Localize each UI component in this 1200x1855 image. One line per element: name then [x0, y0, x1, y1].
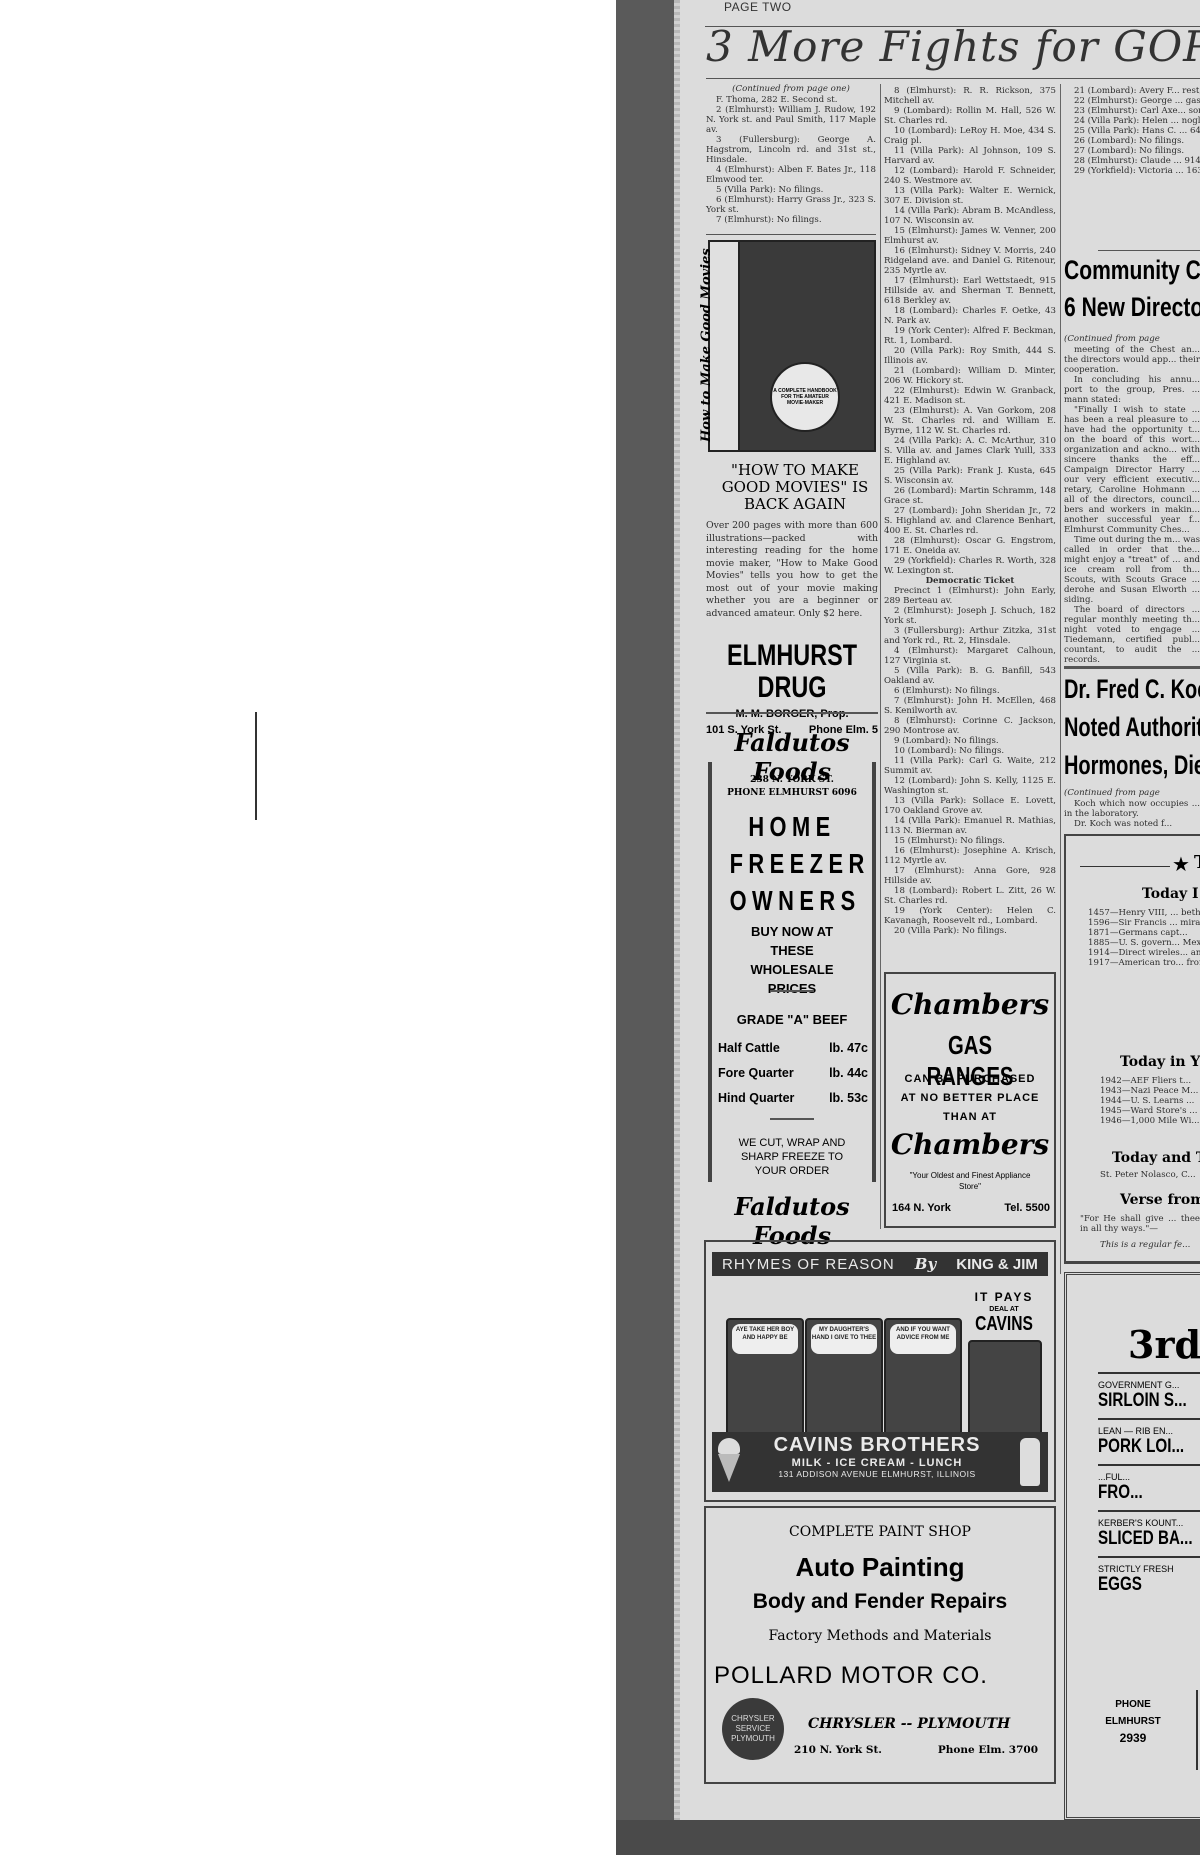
price-item: Fore Quarter	[718, 1061, 794, 1086]
price-value: lb. 47c	[829, 1036, 868, 1061]
elmhurst-drug-name: ELMHURST DRUG	[725, 640, 859, 704]
chambers-brand: Chambers	[884, 988, 1056, 1021]
years-items: 1942—AEF Fliers t...1943—Nazi Peace M...…	[1090, 1076, 1200, 1126]
precinct-entry: 14 (Villa Park): Emanuel R. Mathias, 113…	[884, 816, 1056, 836]
verse-text: "For He shall give ... thee in all thy w…	[1080, 1214, 1200, 1236]
page-label: PAGE TWO	[724, 0, 792, 14]
faldutos-divider	[770, 990, 814, 992]
history-banner-title: T	[1194, 852, 1200, 873]
rhymes-banner: RHYMES OF REASON By KING & JIM	[712, 1252, 1048, 1276]
grocer-item: GOVERNMENT G...SIRLOIN S...	[1098, 1372, 1200, 1418]
faldutos-address: 238 N. YORK ST.	[712, 774, 872, 787]
precinct-entry: 22 (Elmhurst): George ... gas, Rt. 2.	[1064, 96, 1200, 106]
price-row: Fore Quarterlb. 44c	[718, 1061, 868, 1086]
precinct-entry: 3 (Fullersburg): George A. Hagstrom, Lin…	[706, 135, 876, 165]
precinct-entry: 11 (Villa Park): Al Johnson, 109 S. Harv…	[884, 146, 1056, 166]
today-items: 1457—Henry VIII, ... beth of York, compo…	[1078, 908, 1200, 968]
precinct-entry: 10 (Lombard): LeRoy H. Moe, 434 S. Craig…	[884, 126, 1056, 146]
history-item: 1885—U. S. govern... Mexico and Guatemal…	[1078, 938, 1200, 948]
cavins-address: 131 ADDISON AVENUE ELMHURST, ILLINOIS	[746, 1469, 1008, 1479]
grocer-phone: PHONE ELMHURST 2939	[1098, 1696, 1168, 1747]
community-chest-headline: Community Che 6 New Director	[1064, 252, 1200, 326]
grocer-item: STRICTLY FRESHEGGS	[1098, 1556, 1200, 1602]
ice-cream-cone-icon	[718, 1438, 740, 1486]
chambers-address: 164 N. York	[892, 1202, 951, 1214]
movie-book-image: How to Make Good Movies A COMPLETE HANDB…	[708, 240, 876, 452]
saint-text: St. Peter Nolasco, C...	[1100, 1170, 1200, 1180]
faldutos-contact: 238 N. YORK ST. PHONE ELMHURST 6096	[712, 774, 872, 800]
elmhurst-drug-block: ELMHURST DRUG M. M. BORGER, Prop. 101 S.…	[706, 640, 878, 736]
precinct-entry: 6 (Elmhurst): No filings.	[884, 686, 1056, 696]
grocer-item-product: EGGS	[1098, 1574, 1180, 1596]
precinct-entry: 9 (Lombard): No filings.	[884, 736, 1056, 746]
precinct-entry: 16 (Elmhurst): Sidney V. Morris, 240 Rid…	[884, 246, 1056, 276]
precinct-entry: 7 (Elmhurst): John H. McEllen, 468 S. Ke…	[884, 696, 1056, 716]
precinct-entry: 4 (Elmhurst): Margaret Calhoun, 127 Virg…	[884, 646, 1056, 666]
pollard-company: POLLARD MOTOR CO.	[714, 1662, 1054, 1690]
pollard-line2: Auto Painting	[704, 1552, 1056, 1583]
precinct-entry: 24 (Villa Park): A. C. McArthur, 310 S. …	[884, 436, 1056, 466]
history-item: 1946—1,000 Mile Wi...	[1090, 1116, 1200, 1126]
chrysler-service-seal: CHRYSLER SERVICE PLYMOUTH	[722, 1698, 784, 1760]
pollard-address: 210 N. York St.	[794, 1744, 882, 1756]
precinct-entry: 15 (Elmhurst): James W. Venner, 200 Elmh…	[884, 226, 1056, 246]
precinct-entry: 7 (Elmhurst): No filings.	[706, 215, 876, 225]
precinct-entry: 17 (Elmhurst): Earl Wettstaedt, 915 Hill…	[884, 276, 1056, 306]
precinct-entry: 10 (Lombard): No filings.	[884, 746, 1056, 756]
precinct-entry: 13 (Villa Park): Walter E. Wernick, 307 …	[884, 186, 1056, 206]
precinct-entry: Precinct 1 (Elmhurst): John Early, 289 B…	[884, 586, 1056, 606]
precinct-entry: 8 (Elmhurst): Corinne C. Jackson, 290 Mo…	[884, 716, 1056, 736]
gop-article-col1: (Continued from page one) F. Thoma, 282 …	[706, 84, 876, 225]
history-item: 1944—U. S. Learns ...	[1090, 1096, 1200, 1106]
faldutos-footer: WE CUT, WRAP AND SHARP FREEZE TO YOUR OR…	[726, 1136, 858, 1178]
precinct-entry: 23 (Elmhurst): A. Van Gorkom, 208 W. St.…	[884, 406, 1056, 436]
precinct-entry: 2 (Elmhurst): Joseph J. Schuch, 182 York…	[884, 606, 1056, 626]
cavins-text: CAVINS	[974, 1313, 1033, 1336]
movies-ad-body: Over 200 pages with more than 600 illust…	[706, 520, 878, 620]
precinct-entry: 17 (Elmhurst): Anna Gore, 928 Hillside a…	[884, 866, 1056, 886]
precinct-entry: 13 (Villa Park): Sollace E. Lovett, 170 …	[884, 796, 1056, 816]
precinct-entry: 26 (Lombard): No filings.	[1064, 136, 1200, 146]
grocer-item-label: STRICTLY FRESH	[1098, 1564, 1200, 1574]
chambers-tagline: "Your Oldest and Finest Appliance Store"	[900, 1170, 1040, 1192]
history-item: 1917—American tro... from Mexico.	[1078, 958, 1200, 968]
column-divider	[1060, 84, 1061, 1274]
faldutos-phone: PHONE ELMHURST 6096	[712, 787, 872, 800]
article-paragraph: Time out during the m... was called in o…	[1064, 535, 1200, 605]
column-rule	[1064, 666, 1200, 669]
precinct-entry: 29 (Yorkfield): Charles R. Worth, 328 W.…	[884, 556, 1056, 576]
precinct-entry: 19 (York Center): Alfred F. Beckman, Rt.…	[884, 326, 1056, 346]
faldutos-headline: HOME FREEZER OWNERS	[712, 808, 872, 919]
cavins-brothers-banner: CAVINS BROTHERS MILK - ICE CREAM - LUNCH…	[712, 1432, 1048, 1492]
cavins-brothers-name: CAVINS BROTHERS	[746, 1434, 1008, 1457]
article-paragraph: Dr. Koch was noted f...	[1064, 819, 1200, 829]
precinct-entry: 5 (Villa Park): B. G. Banfill, 543 Oakla…	[884, 666, 1056, 686]
precinct-entry: 6 (Elmhurst): Harry Grass Jr., 323 S. Yo…	[706, 195, 876, 215]
history-footer-note: This is a regular fe...	[1100, 1240, 1200, 1250]
deal-at-text: DEAL AT	[966, 1306, 1042, 1313]
ad-rule	[706, 712, 878, 714]
grocer-item-product: FRO...	[1098, 1482, 1180, 1504]
it-pays-text: IT PAYS	[966, 1290, 1042, 1304]
precinct-entry: 26 (Lombard): Martin Schramm, 148 Grace …	[884, 486, 1056, 506]
precinct-entry: 14 (Villa Park): Abram B. McAndless, 107…	[884, 206, 1056, 226]
precinct-entry: 23 (Elmhurst): Carl Axe... son, 486 Mitc…	[1064, 106, 1200, 116]
star-icon: ★	[1172, 852, 1190, 876]
price-item: Hind Quarter	[718, 1086, 794, 1111]
chambers-copy: CAN BE PURCHASED AT NO BETTER PLACE THAN…	[888, 1070, 1052, 1127]
article-paragraph: The board of directors ... regular month…	[1064, 605, 1200, 664]
precinct-entry: 25 (Villa Park): Hans C. ... 646 S. Harv…	[1064, 126, 1200, 136]
rhymes-title: RHYMES OF REASON	[722, 1256, 895, 1273]
precinct-entry: F. Thoma, 282 E. Second st.	[706, 95, 876, 105]
precinct-entry: 19 (York Center): Helen C. Kavanagh, Roo…	[884, 906, 1056, 926]
grocer-item: LEAN — RIB EN...PORK LOI...	[1098, 1418, 1200, 1464]
precinct-entry: 3 (Fullersburg): Arthur Zitzka, 31st and…	[884, 626, 1056, 646]
pollard-phone: Phone Elm. 3700	[938, 1744, 1038, 1756]
article-paragraph: meeting of the Chest an... the directors…	[1064, 345, 1200, 375]
history-item: 1945—Ward Store's ...	[1090, 1106, 1200, 1116]
precinct-entry: 21 (Lombard): William D. Minter, 206 W. …	[884, 366, 1056, 386]
grocer-divider	[1196, 1690, 1198, 1770]
precinct-entry: 15 (Elmhurst): No filings.	[884, 836, 1056, 846]
precinct-entry: 8 (Elmhurst): R. R. Rickson, 375 Mitchel…	[884, 86, 1056, 106]
history-item: 1457—Henry VIII, ... beth of York, compo…	[1078, 908, 1200, 918]
grocer-items: GOVERNMENT G...SIRLOIN S...LEAN — RIB EN…	[1098, 1372, 1200, 1602]
grocer-item-label: KERBER'S KOUNT...	[1098, 1518, 1200, 1528]
precinct-entry: 18 (Lombard): Robert L. Zitt, 26 W. St. …	[884, 886, 1056, 906]
koch-headline: Dr. Fred C. Koc Noted Authority Hormones…	[1064, 670, 1200, 784]
today-heading: Today I	[1142, 886, 1199, 902]
column-rule	[706, 234, 876, 235]
precinct-entry: 20 (Villa Park): No filings.	[884, 926, 1056, 936]
price-row: Half Cattlelb. 47c	[718, 1036, 868, 1061]
precinct-entry: 2 (Elmhurst): William J. Rudow, 192 N. Y…	[706, 105, 876, 135]
pollard-contact: 210 N. York St. Phone Elm. 3700	[794, 1744, 1038, 1756]
headline-rule	[706, 78, 1200, 79]
grocer-item-product: SLICED BA...	[1098, 1528, 1180, 1550]
precinct-entry: 21 (Lombard): Avery F... rest, 52 W. Har…	[1064, 86, 1200, 96]
cavins-pays-block: IT PAYS DEAL AT CAVINS	[966, 1290, 1042, 1336]
years-heading: Today in Y	[1120, 1054, 1200, 1070]
chambers-brand-2: Chambers	[884, 1128, 1056, 1161]
precinct-entry: 12 (Lombard): John S. Kelly, 1125 E. Was…	[884, 776, 1056, 796]
elmhurst-drug-proprietor: M. M. BORGER, Prop.	[706, 708, 878, 720]
text-cursor-line	[255, 712, 257, 820]
price-row: Hind Quarterlb. 53c	[718, 1086, 868, 1111]
precinct-entry: 24 (Villa Park): Helen ... nogle, 507 S.…	[1064, 116, 1200, 126]
article-paragraph: "Finally I wish to state ... has been a …	[1064, 405, 1200, 535]
faldutos-divider	[770, 1118, 814, 1120]
saint-heading: Today and T	[1112, 1150, 1200, 1166]
precinct-entry: 9 (Lombard): Rollin M. Hall, 526 W. St. …	[884, 106, 1056, 126]
chambers-contact: 164 N. York Tel. 5500	[892, 1202, 1050, 1214]
grocer-item-label: LEAN — RIB EN...	[1098, 1426, 1200, 1436]
grocer-item-product: PORK LOI...	[1098, 1436, 1180, 1458]
history-item: 1914—Direct wireles... and Germany.	[1078, 948, 1200, 958]
history-item: 1596—Sir Francis ... miral of England's …	[1078, 918, 1200, 928]
movies-ad-headline: "HOW TO MAKE GOOD MOVIES" IS BACK AGAIN	[712, 462, 878, 513]
precinct-entry: 5 (Villa Park): No filings.	[706, 185, 876, 195]
democratic-ticket-heading: Democratic Ticket	[884, 576, 1056, 586]
precinct-entry: 27 (Lombard): John Sheridan Jr., 72 S. H…	[884, 506, 1056, 536]
book-badge: A COMPLETE HANDBOOK FOR THE AMATEUR MOVI…	[770, 362, 840, 432]
grocer-headline: 3rd	[1128, 1322, 1200, 1367]
pollard-line1: COMPLETE PAINT SHOP	[704, 1524, 1056, 1540]
price-value: lb. 53c	[829, 1086, 868, 1111]
grocer-item-label: ...FUL...	[1098, 1472, 1200, 1482]
price-value: lb. 44c	[829, 1061, 868, 1086]
cavins-products: MILK - ICE CREAM - LUNCH	[746, 1457, 1008, 1469]
page-edge	[674, 0, 680, 1820]
grocer-item-label: GOVERNMENT G...	[1098, 1380, 1200, 1390]
grocer-item: ...FUL...FRO...	[1098, 1464, 1200, 1510]
precinct-entry: 25 (Villa Park): Frank J. Kusta, 645 S. …	[884, 466, 1056, 486]
pollard-brands: CHRYSLER -- PLYMOUTH	[808, 1716, 1010, 1732]
precinct-entry: 29 (Yorkfield): Victoria ... 163 W. Fill…	[1064, 166, 1200, 176]
viewer-bottom-band	[616, 1820, 1200, 1855]
faldutos-price-list: Half Cattlelb. 47cFore Quarterlb. 44cHin…	[718, 1036, 868, 1111]
precinct-entry: 4 (Elmhurst): Alben F. Bates Jr., 118 El…	[706, 165, 876, 185]
grocer-item: KERBER'S KOUNT...SLICED BA...	[1098, 1510, 1200, 1556]
page-headline: 3 More Fights for GOP F	[706, 22, 1200, 71]
history-item: 1943—Nazi Peace M...	[1090, 1086, 1200, 1096]
column-divider	[880, 84, 881, 1229]
community-chest-article: (Continued from page meeting of the Ches…	[1064, 334, 1200, 664]
precinct-entry: 18 (Lombard): Charles F. Oetke, 43 N. Pa…	[884, 306, 1056, 326]
article-paragraph: Koch which now occupies ... in the labor…	[1064, 799, 1200, 819]
precinct-entry: 22 (Elmhurst): Edwin W. Granback, 421 E.…	[884, 386, 1056, 406]
koch-article: (Continued from page Koch which now occu…	[1064, 788, 1200, 829]
milk-bottle-icon	[1020, 1438, 1040, 1486]
precinct-entry: 28 (Elmhurst): Oscar G. Engstrom, 171 E.…	[884, 536, 1056, 556]
book-title: How to Make Good Movies	[699, 252, 714, 442]
faldutos-grade: GRADE "A" BEEF	[712, 1012, 872, 1027]
column-rule	[1098, 250, 1200, 251]
precinct-entry: 28 (Elmhurst): Claude ... 914 Cambridge …	[1064, 156, 1200, 166]
gop-article-col3: 21 (Lombard): Avery F... rest, 52 W. Har…	[1064, 86, 1200, 176]
precinct-entry: 12 (Lombard): Harold F. Schneider, 240 S…	[884, 166, 1056, 186]
pollard-line3: Body and Fender Repairs	[704, 1590, 1056, 1614]
continued-note: (Continued from page one)	[706, 84, 876, 94]
precinct-entry: 20 (Villa Park): Roy Smith, 444 S. Illin…	[884, 346, 1056, 366]
faldutos-subhead: BUY NOW AT THESE WHOLESALE PRICES	[728, 922, 856, 998]
precinct-entry: 16 (Elmhurst): Josephine A. Krisch, 112 …	[884, 846, 1056, 866]
grocer-item-product: SIRLOIN S...	[1098, 1390, 1180, 1412]
article-paragraph: In concluding his annu... port to the gr…	[1064, 375, 1200, 405]
precinct-entry: 27 (Lombard): No filings.	[1064, 146, 1200, 156]
verse-heading: Verse from	[1120, 1192, 1200, 1208]
history-item: 1871—Germans capt...	[1078, 928, 1200, 938]
chambers-phone: Tel. 5500	[1004, 1202, 1050, 1214]
history-item: 1942—AEF Fliers t...	[1090, 1076, 1200, 1086]
price-item: Half Cattle	[718, 1036, 780, 1061]
rhymes-by: By	[915, 1255, 936, 1273]
precinct-entry: 11 (Villa Park): Carl G. Waite, 212 Summ…	[884, 756, 1056, 776]
pollard-line4: Factory Methods and Materials	[704, 1628, 1056, 1644]
rhymes-authors: KING & JIM	[956, 1256, 1038, 1273]
viewer-background	[616, 0, 674, 1855]
history-banner-rule	[1080, 866, 1170, 867]
gop-article-col2: 8 (Elmhurst): R. R. Rickson, 375 Mitchel…	[884, 86, 1056, 936]
